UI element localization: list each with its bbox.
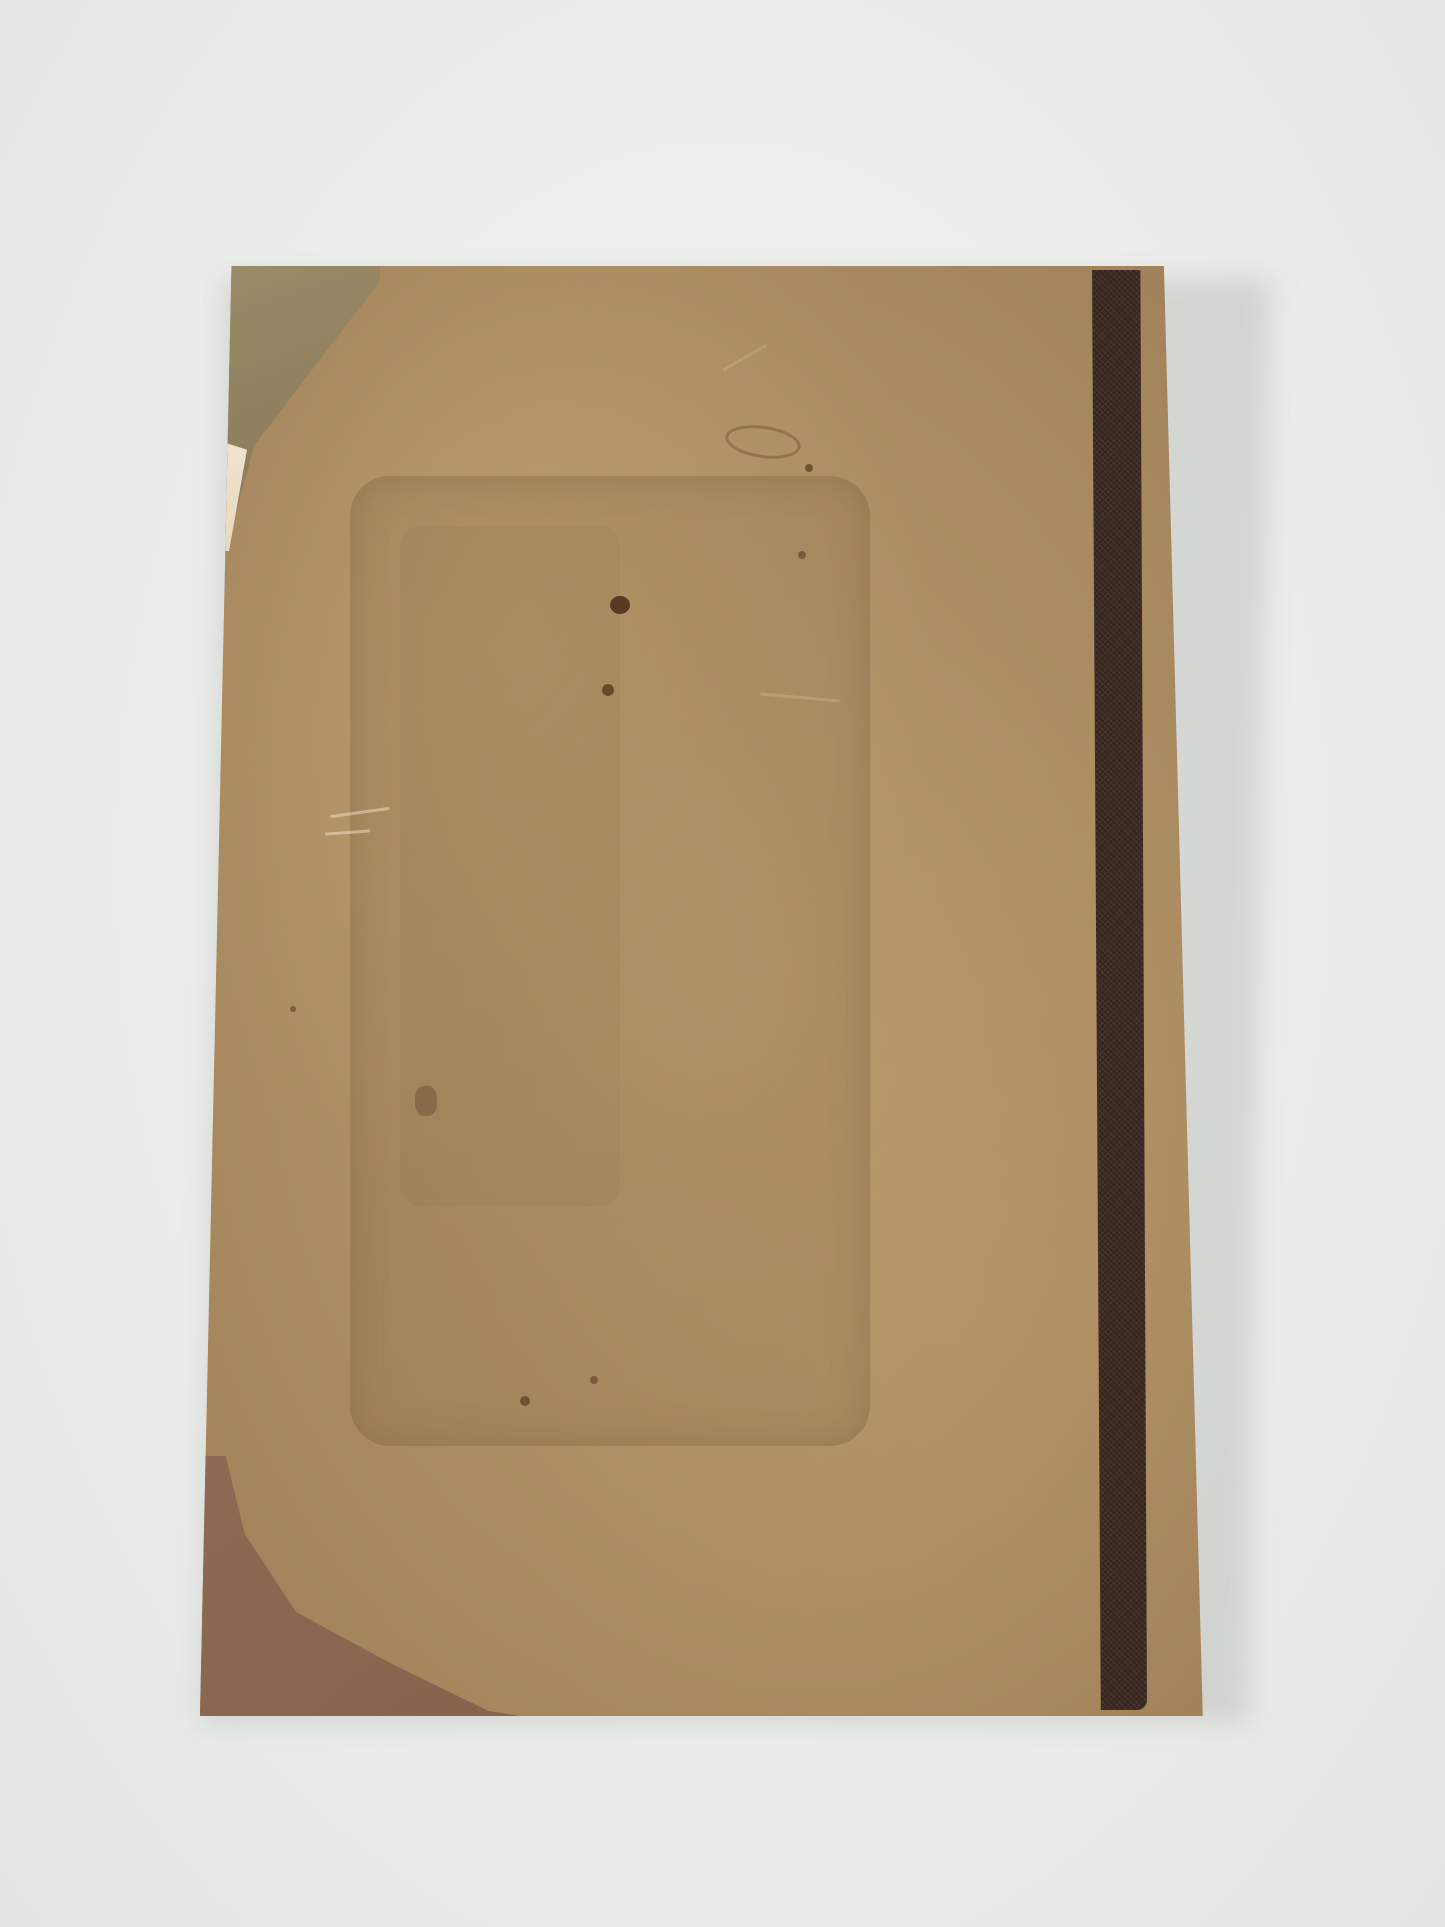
- spot: [520, 1396, 530, 1406]
- spot: [590, 1376, 598, 1384]
- cloth-spine: [1092, 270, 1147, 1710]
- spot: [805, 464, 813, 472]
- spot: [602, 684, 614, 696]
- spot: [290, 1006, 296, 1012]
- spot: [415, 1086, 437, 1116]
- spot: [610, 596, 630, 614]
- book-back-cover: [200, 266, 1250, 1716]
- photo-scene: [0, 0, 1445, 1927]
- spot: [798, 551, 806, 559]
